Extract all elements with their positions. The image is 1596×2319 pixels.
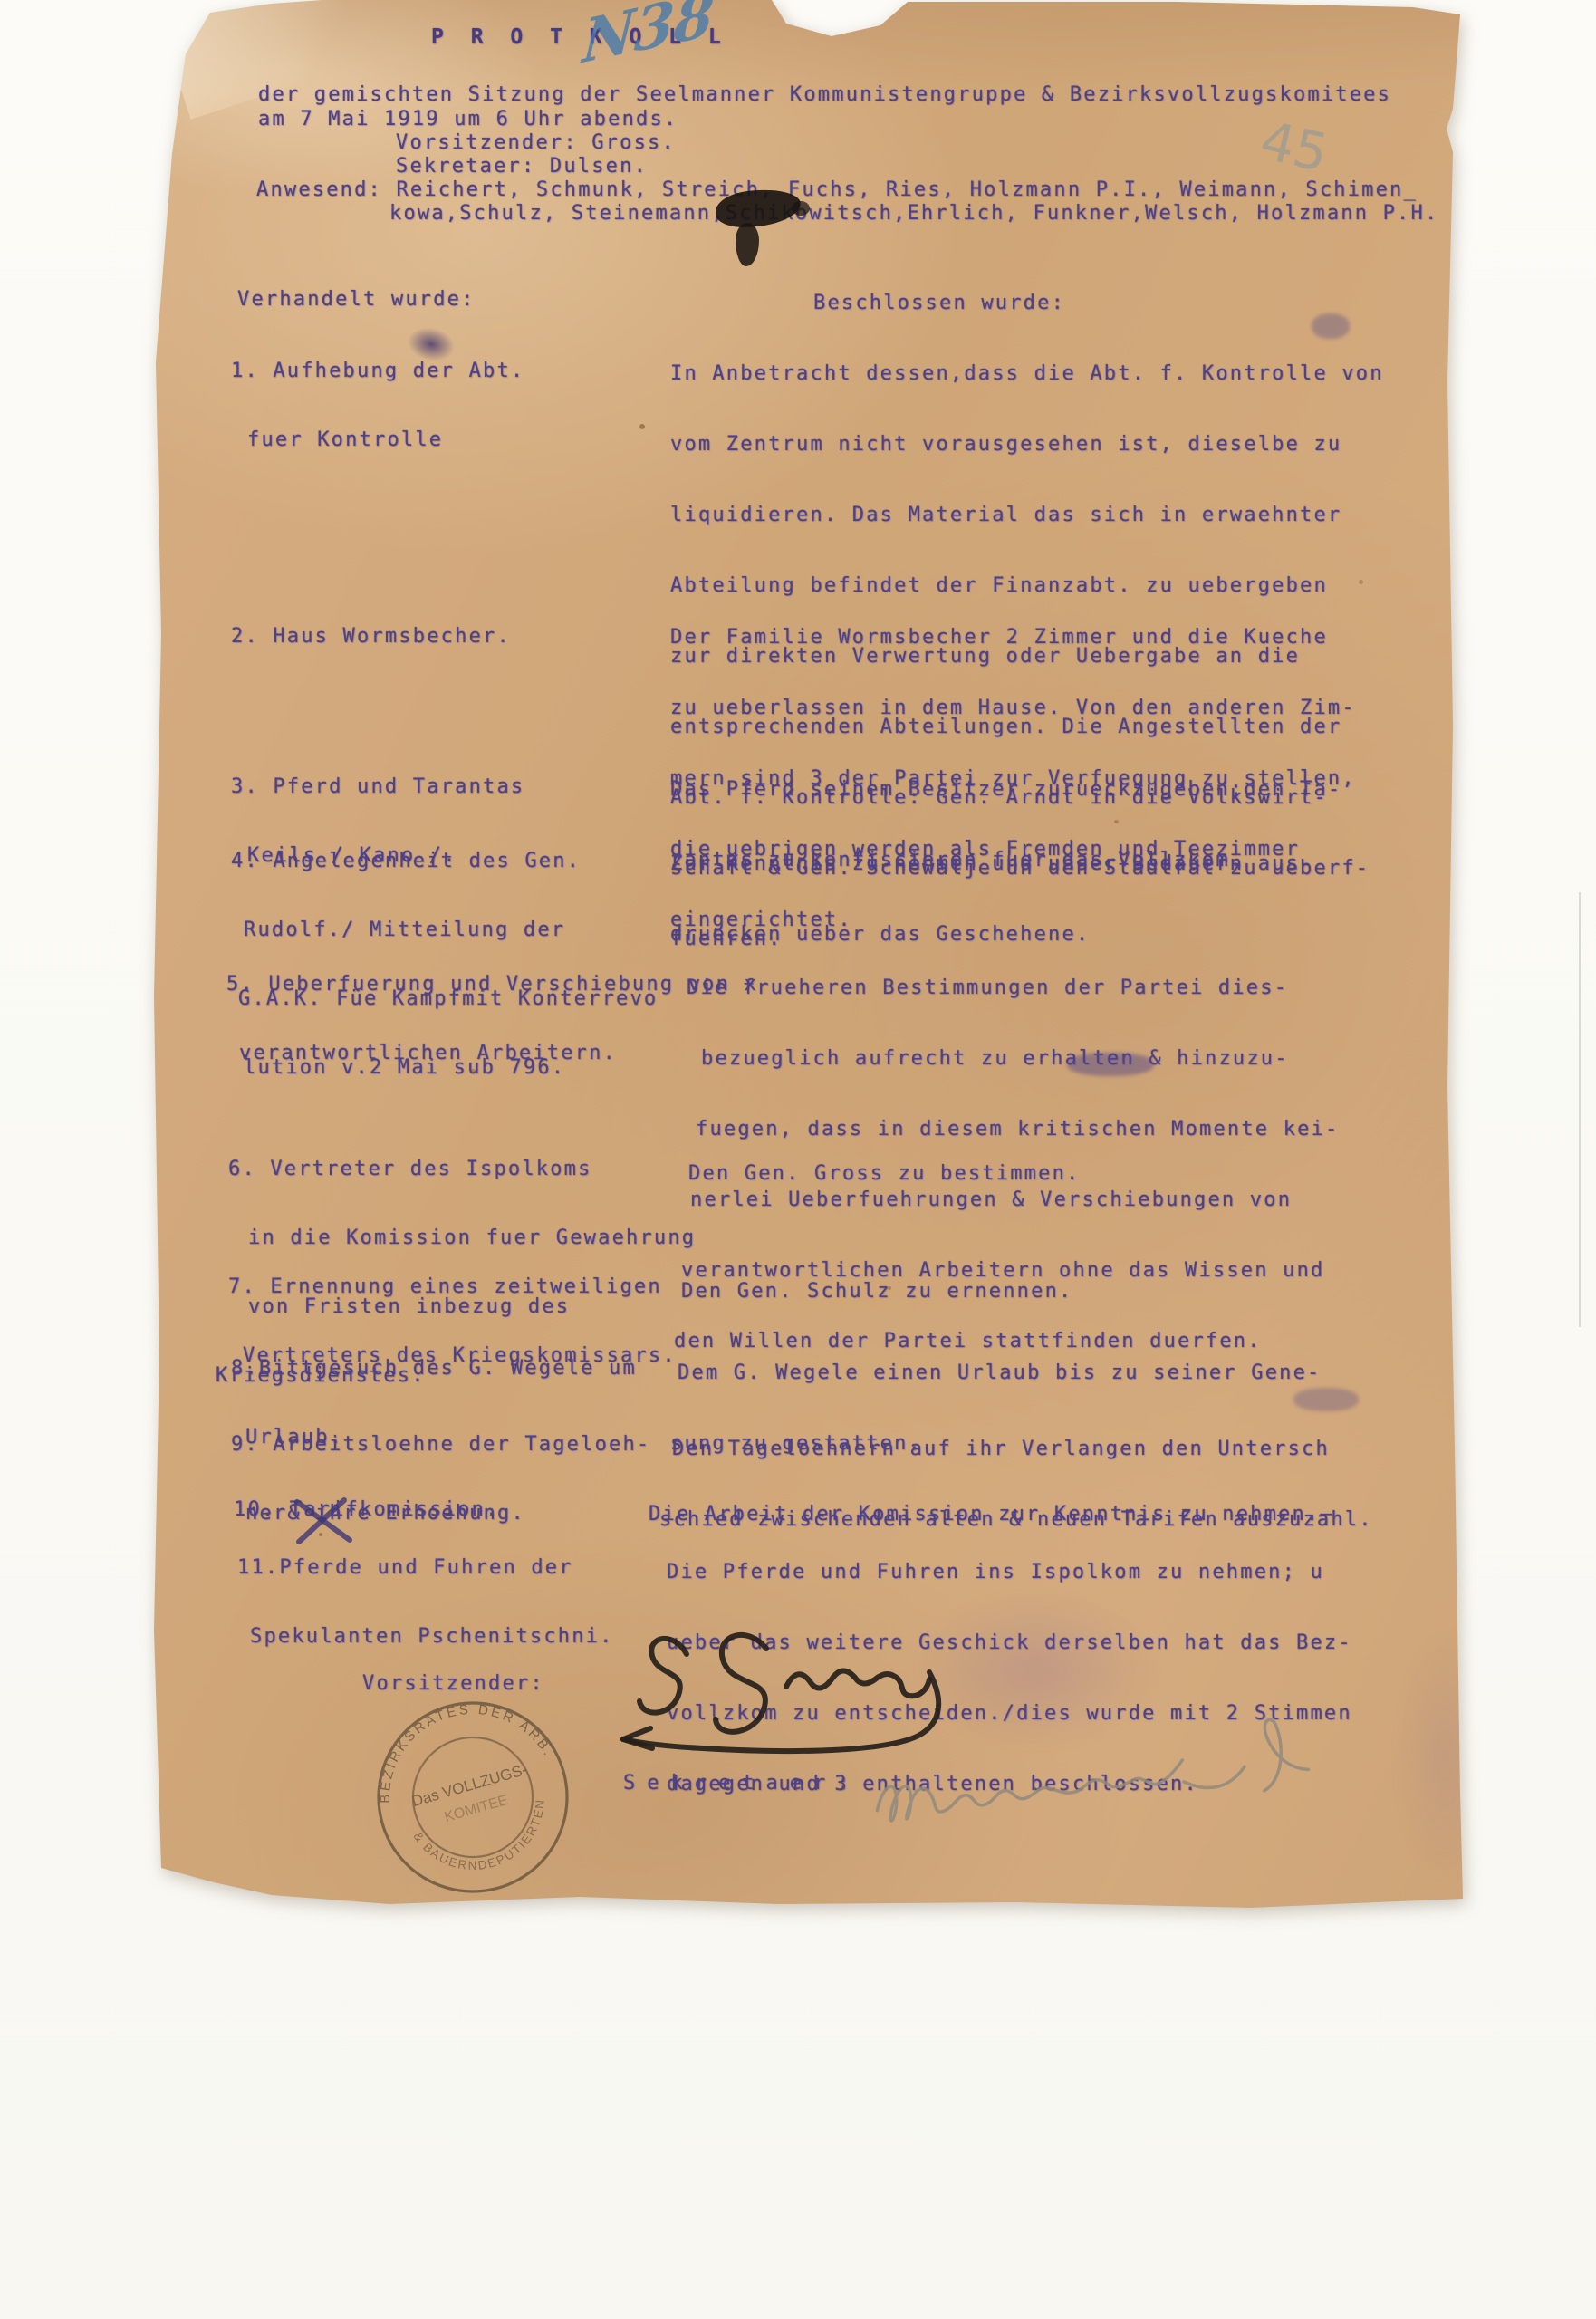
item-4-right-line: Zur Kenntnis zu nehmen und unser Bedauer… (670, 852, 1313, 877)
item-7-left-line: 7. Ernennung eines zeitweiligen (228, 1275, 677, 1299)
item-3-left-line: 3. Pferd und Tarantas (231, 775, 524, 799)
item-6-left-line: 6. Vertreter des Ispolkoms (228, 1158, 696, 1181)
item-5-right-line: bezueglich aufrecht zu erhalten & hinzuz… (701, 1046, 1339, 1072)
item-1-left: 1. Aufhebung der Abt. fuer Kontrolle (231, 314, 524, 497)
item-2-right-line: Der Familie Wormsbecher 2 Zimmer und die… (670, 625, 1356, 650)
attendees-line-2: kowa,Schulz, Steinemann,Schikowitsch,Ehr… (389, 202, 1438, 225)
secretary-signature-label: Sekretaer: (623, 1772, 860, 1795)
ink-blot-splatter (792, 201, 810, 216)
column-header-right: Beschlossen wurde: (813, 292, 1065, 314)
item-1-right-line: vom Zentrum nicht vorausgesehen ist, die… (670, 432, 1384, 457)
handwritten-page-number: 45 (1255, 110, 1333, 185)
item-1-left-line: 1. Aufhebung der Abt. (231, 360, 524, 383)
paper-speck (471, 1069, 476, 1073)
item-11-left-line: Spekulanten Pschenitschni. (250, 1625, 614, 1649)
item-2-right-line: zu ueberlassen in dem Hause. Von den and… (670, 696, 1356, 721)
item-5-left-line: verantwortlichen Arbeitern. (239, 1042, 758, 1065)
paper-shadow-wrap: P R O T K O L L N38 45 der gemischten Si… (0, 0, 1596, 2319)
paper-speck (319, 1533, 322, 1536)
committee-stamp: BEZIRKSRATES DER ARB. & BAUERNDEPUTIERTE… (362, 1683, 583, 1911)
item-2-left: 2. Haus Wormsbecher. (231, 580, 511, 694)
item-5-left-line: 5. Ueberfuerung und Verschiebung von x (226, 973, 758, 996)
paper-speck (888, 1286, 891, 1290)
intro-line-1: der gemischten Sitzung der Seelmanner Ko… (258, 83, 1391, 106)
item-5-right-line: Die frueheren Bestimmungen der Partei di… (687, 976, 1339, 1001)
item-1-right-line: In Anbetracht dessen,dass die Abt. f. Ko… (670, 361, 1384, 387)
overtype-smudge (1067, 1053, 1154, 1076)
intro-line-2: am 7 Mai 1919 um 6 Uhr abends. (258, 108, 678, 130)
paper-speck (1114, 820, 1119, 823)
item-6-right: Den Gen. Gross zu bestimmen. (688, 1116, 1080, 1232)
item-8-left-line: 8.Bittgesuch des G. Wegele um (231, 1357, 637, 1381)
item-3-right-line: Das Pferd seinem Besitzer zurueckzugeben… (670, 777, 1341, 803)
item-1-left-line: fuer Kontrolle (247, 428, 524, 452)
scanned-document-page: { "colors": { "scan_background": "#fcfbf… (0, 0, 1596, 2319)
item-6-right-line: Den Gen. Gross zu bestimmen. (688, 1161, 1080, 1187)
intro-chairman: Vorsitzender: Gross. (396, 131, 676, 154)
item-7-right-line: Den Gen. Schulz zu ernennen. (681, 1279, 1072, 1304)
handwritten-x-strike (288, 1496, 361, 1547)
item-2-left-line: 2. Haus Wormsbecher. (231, 625, 511, 649)
item-11-right-line: Die Pferde und Fuhren ins Ispolkom zu ne… (667, 1560, 1352, 1585)
attendees-line-1: Anwesend: Reichert, Schmunk, Streich, Fu… (256, 178, 1418, 201)
overtype-smudge (1293, 1388, 1359, 1411)
item-11-left-line: 11.Pferde und Fuhren der (237, 1556, 614, 1580)
paper-speck (1359, 580, 1363, 584)
item-5-left: 5. Ueberfuerung und Verschiebung von x v… (226, 928, 758, 1111)
item-8-right-line: Dem G. Wegele einen Urlaub bis zu seiner… (678, 1361, 1321, 1386)
column-header-left: Verhandelt wurde: (237, 288, 476, 311)
ink-blot-drip (736, 223, 759, 266)
item-4-left-line: 4. Angelegenheit des Gen. (231, 850, 658, 873)
handwritten-protocol-number: N38 (581, 0, 716, 78)
paper-speck (639, 424, 645, 429)
scanner-artifact-line (1579, 892, 1581, 1327)
paper-sheet: P R O T K O L L N38 45 der gemischten Si… (0, 0, 1596, 2319)
intro-secretary: Sekretaer: Dulsen. (396, 155, 648, 178)
handwritten-correction-mark (1312, 313, 1350, 339)
item-1-right-line: liquidieren. Das Material das sich in er… (670, 503, 1384, 528)
ink-stain (1395, 1631, 1495, 1884)
